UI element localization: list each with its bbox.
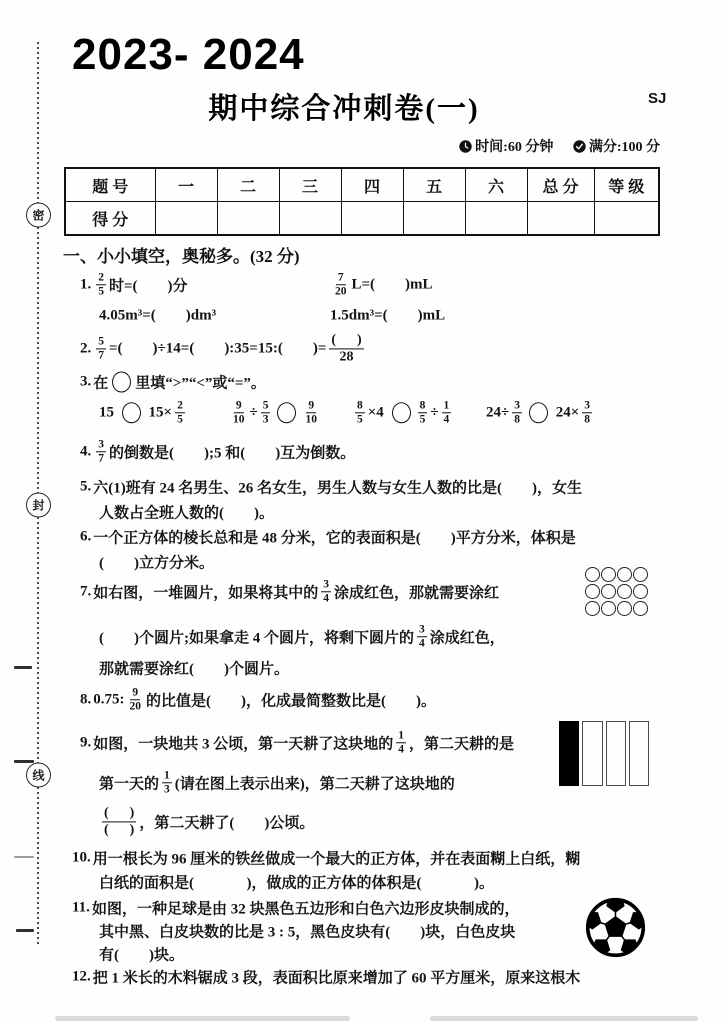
text-run: 涂成红色， — [430, 627, 505, 648]
scan-mark — [14, 666, 32, 669]
q4: 4.37的倒数是( );5 和( )互为倒数。 — [80, 438, 355, 465]
q9-line2: 第一天的13(请在图上表示出来)，第二天耕了这块地的 — [99, 769, 455, 796]
scan-artifact-bar — [430, 1016, 698, 1021]
q11-line1: 11.如图，一种足球是由 32 块黑色五边形和白色六边形皮块制成的， — [72, 898, 519, 919]
fraction-denominator: 5 — [175, 414, 185, 427]
fraction-numerator: 3 — [321, 578, 331, 592]
text-run: 24× — [552, 405, 579, 422]
fraction-numerator: 3 — [417, 623, 427, 637]
score-table-header-cell: 一 — [155, 168, 217, 202]
score-table-header-cell: 三 — [279, 168, 341, 202]
question-number: 10. — [72, 850, 93, 867]
fraction: 53 — [261, 399, 271, 426]
seal-character-badge: 密 — [26, 203, 51, 228]
compare-circle — [122, 403, 141, 424]
compare-circle — [529, 403, 548, 424]
text-run: 里填“>”“<”或“=”。 — [135, 372, 266, 393]
fraction-numerator: 9 — [306, 399, 316, 413]
clock-icon — [459, 140, 472, 153]
time-label: 时间:60 分钟 — [475, 140, 553, 155]
fraction-numerator: 3 — [96, 438, 106, 452]
disc-grid-figure — [585, 567, 649, 618]
score-empty-cell — [465, 202, 527, 236]
text-run: (请在图上表示出来)，第二天耕了这块地的 — [175, 773, 455, 794]
soccer-ball-figure — [585, 897, 646, 958]
score-empty-cell — [403, 202, 465, 236]
text-run: ÷ — [250, 405, 258, 422]
fraction-numerator: 2 — [96, 271, 106, 285]
q1-line1-right: 720L=( )mL — [330, 271, 433, 298]
score-row-label: 得 分 — [65, 202, 155, 236]
q12: 12.把 1 米长的木料锯成 3 段，表面积比原来增加了 60 平方厘米，原来这… — [72, 967, 580, 988]
section-1-heading: 一、小小填空，奥秘多。(32 分) — [63, 242, 300, 267]
fraction-numerator: 3 — [582, 399, 592, 413]
fraction-numerator: 3 — [512, 399, 522, 413]
disc-circle — [585, 601, 600, 616]
score-table-header-cell: 总 分 — [527, 168, 594, 202]
fraction-denominator: 3 — [162, 784, 172, 797]
question-number: 7. — [80, 584, 93, 601]
plot-cell-empty — [582, 721, 602, 786]
compare-circle — [112, 372, 131, 393]
disc-circle — [617, 567, 632, 582]
q11-line3: 有( )块。 — [99, 944, 184, 965]
fraction-numerator: 5 — [96, 335, 106, 349]
text-run: 其中黑、白皮块数的比是 3 : 5，黑色皮块有( )块，白色皮块 — [99, 921, 515, 942]
q3-group1: 15 15×25 — [99, 399, 188, 426]
q7-line1: 7.如右图，一堆圆片，如果将其中的34涂成红色，那就需要涂红 — [80, 578, 499, 605]
fraction: 720 — [333, 271, 349, 298]
score-table: 题 号一二三四五六总 分等 级得 分 — [64, 167, 660, 236]
disc-circle — [585, 584, 600, 599]
fraction: 910 — [231, 399, 247, 426]
score-table-header-cell: 等 级 — [594, 168, 659, 202]
compare-circle — [277, 403, 296, 424]
exam-paper-page: 密封线 2023- 2024 期中综合冲刺卷(一) SJ 时间:60 分钟 满分… — [0, 0, 724, 1024]
question-number: 12. — [72, 969, 93, 986]
fraction-numerator: 2 — [175, 399, 185, 413]
text-run: 时=( )分 — [109, 275, 188, 296]
fraction-denominator: 5 — [418, 414, 428, 427]
score-table-header-row: 题 号一二三四五六总 分等 级 — [65, 168, 659, 202]
q3-group4: 24÷38 24×38 — [486, 399, 595, 426]
q5-line2: 人数占全班人数的( )。 — [99, 502, 274, 523]
question-number: 11. — [72, 900, 92, 917]
q1-line2-left: 4.05m³=( )dm³ — [99, 308, 216, 325]
fraction: 38 — [512, 399, 522, 426]
fraction: 14 — [442, 399, 452, 426]
scan-artifact-bar — [55, 1016, 350, 1021]
fraction-denominator: 7 — [96, 453, 106, 466]
fraction-denominator: 4 — [442, 414, 452, 427]
disc-circle — [633, 584, 648, 599]
disc-circle — [617, 601, 632, 616]
text-run: 如图，一种足球是由 32 块黑色五边形和白色六边形皮块制成的， — [92, 898, 520, 919]
text-run: 15 — [99, 405, 118, 422]
text-run: 第一天的 — [99, 773, 159, 794]
fraction: 38 — [582, 399, 592, 426]
text-run: ×4 — [368, 405, 388, 422]
disc-circle — [633, 601, 648, 616]
text-run: 4.05m³=( )dm³ — [99, 308, 216, 325]
fraction-denominator: 10 — [231, 414, 247, 427]
score-info: 满分:100 分 — [573, 140, 660, 155]
text-run: ( )立方分米。 — [99, 552, 214, 573]
fraction: 37 — [96, 438, 106, 465]
q1-line2-right: 1.5dm³=( )mL — [330, 308, 445, 325]
score-table-header-cell: 五 — [403, 168, 465, 202]
score-empty-cell — [527, 202, 594, 236]
seal-character-badge: 线 — [26, 763, 51, 788]
text-run: 如右图，一堆圆片，如果将其中的 — [93, 582, 318, 603]
q3-line1: 3.在里填“>”“<”或“=”。 — [80, 372, 266, 393]
fraction: 25 — [175, 399, 185, 426]
fraction: 85 — [355, 399, 365, 426]
plot-cell-filled — [559, 721, 579, 786]
fraction-numerator: ( ) — [102, 805, 136, 822]
disc-circle — [601, 567, 616, 582]
fraction-numerator: ( ) — [329, 332, 363, 349]
scan-mark — [14, 760, 34, 763]
text-run: ÷ — [430, 405, 438, 422]
q1-line1-left: 1.25时=( )分 — [80, 271, 188, 298]
fraction: 910 — [303, 399, 319, 426]
fraction-denominator: ( ) — [102, 823, 136, 839]
fraction-denominator: 4 — [396, 744, 406, 757]
fraction: 920 — [128, 686, 144, 713]
fraction: 34 — [417, 623, 427, 650]
text-run: L=( )mL — [352, 277, 433, 294]
fraction-denominator: 20 — [333, 286, 349, 299]
fraction-denominator: 5 — [355, 414, 365, 427]
fraction-numerator: 1 — [396, 729, 406, 743]
text-run: 的比值是( )，化成最简整数比是( )。 — [146, 690, 436, 711]
q3-group3: 85×4 85÷14 — [352, 399, 454, 426]
score-empty-cell — [155, 202, 217, 236]
text-run: ( )个圆片;如果拿走 4 个圆片，将剩下圆片的 — [99, 627, 414, 648]
q7-line3: 那就需要涂红( )个圆片。 — [99, 658, 289, 679]
q9-line3: ( )( )，第二天耕了( )公顷。 — [99, 805, 314, 838]
q7-line2: ( )个圆片;如果拿走 4 个圆片，将剩下圆片的34涂成红色， — [99, 623, 505, 650]
score-table-header-cell: 四 — [341, 168, 403, 202]
q10-line2: 白纸的面积是( )，做成的正方体的体积是( )。 — [99, 872, 494, 893]
question-number: 2. — [80, 341, 93, 358]
text-run: ，第二天耕的是 — [409, 733, 514, 754]
disc-circle — [617, 584, 632, 599]
fraction-numerator: 1 — [442, 399, 452, 413]
score-table-header-cell: 二 — [217, 168, 279, 202]
question-number: 8. — [80, 692, 93, 709]
fraction-denominator: 20 — [128, 701, 144, 714]
time-info: 时间:60 分钟 — [459, 140, 553, 155]
fraction-denominator: 3 — [261, 414, 271, 427]
fraction-denominator: 8 — [512, 414, 522, 427]
edition-label: SJ — [648, 90, 666, 107]
score-table-header-cell: 六 — [465, 168, 527, 202]
text-run: 把 1 米长的木料锯成 3 段，表面积比原来增加了 60 平方厘米，原来这根木 — [93, 967, 581, 988]
fraction-denominator: 7 — [96, 350, 106, 363]
fraction: 13 — [162, 769, 172, 796]
q10-line1: 10.用一根长为 96 厘米的铁丝做成一个最大的正方体，并在表面糊上白纸，糊 — [72, 848, 580, 869]
text-run: =( )÷14=( ):35=15:( )= — [109, 341, 326, 358]
question-number: 1. — [80, 277, 93, 294]
disc-circle — [601, 584, 616, 599]
text-run: 那就需要涂红( )个圆片。 — [99, 658, 289, 679]
q2: 2.57=( )÷14=( ):35=15:( )=( )28 — [80, 332, 367, 365]
q9-line1: 9.如图，一块地共 3 公顷，第一天耕了这块地的14，第二天耕的是 — [80, 729, 514, 756]
full-score-label: 满分:100 分 — [589, 140, 660, 155]
q11-line2: 其中黑、白皮块数的比是 3 : 5，黑色皮块有( )块，白色皮块 — [99, 921, 515, 942]
fraction-denominator: 4 — [417, 638, 427, 651]
fraction: ( )( ) — [102, 805, 136, 838]
land-plot-figure — [559, 721, 649, 786]
score-table-score-row: 得 分 — [65, 202, 659, 236]
fraction: 34 — [321, 578, 331, 605]
disc-circle — [601, 601, 616, 616]
score-empty-cell — [594, 202, 659, 236]
fraction-numerator: 8 — [355, 399, 365, 413]
scan-mark — [14, 856, 34, 858]
score-empty-cell — [217, 202, 279, 236]
disc-circle — [585, 567, 600, 582]
q8: 8.0.75:920的比值是( )，化成最简整数比是( )。 — [80, 686, 436, 713]
score-empty-cell — [341, 202, 403, 236]
text-run: 涂成红色，那就需要涂红 — [334, 582, 499, 603]
score-empty-cell — [279, 202, 341, 236]
q6-line2: ( )立方分米。 — [99, 552, 214, 573]
fraction-numerator: 5 — [261, 399, 271, 413]
seal-character-badge: 封 — [26, 493, 51, 518]
text-run: 如图，一块地共 3 公顷，第一天耕了这块地的 — [93, 733, 393, 754]
fraction-denominator: 28 — [338, 350, 356, 366]
text-run: 24÷ — [486, 405, 509, 422]
check-icon — [573, 140, 586, 153]
fraction: 85 — [418, 399, 428, 426]
text-run: 在 — [93, 372, 108, 393]
q5-line1: 5.六(1)班有 24 名男生、26 名女生，男生人数与女生人数的比是( )，女… — [80, 477, 582, 498]
question-number: 9. — [80, 735, 93, 752]
q6-line1: 6.一个正方体的棱长总和是 48 分米，它的表面积是( )平方分米，体积是 — [80, 527, 576, 548]
q3-group2: 910÷53910 — [228, 399, 322, 426]
text-run: 白纸的面积是( )，做成的正方体的体积是( )。 — [99, 872, 494, 893]
disc-circle — [633, 567, 648, 582]
question-number: 4. — [80, 444, 93, 461]
score-table-header-cell: 题 号 — [65, 168, 155, 202]
fraction-denominator: 8 — [582, 414, 592, 427]
text-run: 有( )块。 — [99, 944, 184, 965]
text-run: 0.75: — [93, 692, 124, 709]
question-number: 5. — [80, 479, 93, 496]
fraction-denominator: 10 — [303, 414, 319, 427]
text-run: 的倒数是( );5 和( )互为倒数。 — [109, 442, 355, 463]
fraction-numerator: 9 — [234, 399, 244, 413]
fraction: 14 — [396, 729, 406, 756]
question-number: 6. — [80, 529, 93, 546]
fraction-numerator: 7 — [336, 271, 346, 285]
fraction: 57 — [96, 335, 106, 362]
text-run: 15× — [145, 405, 172, 422]
text-run: 六(1)班有 24 名男生、26 名女生，男生人数与女生人数的比是( )，女生 — [93, 477, 582, 498]
plot-cell-empty — [629, 721, 649, 786]
fraction-denominator: 4 — [321, 593, 331, 606]
text-run: 人数占全班人数的( )。 — [99, 502, 274, 523]
fraction-numerator: 1 — [162, 769, 172, 783]
text-run: ，第二天耕了( )公顷。 — [139, 812, 314, 833]
plot-cell-empty — [606, 721, 626, 786]
exam-info-line: 时间:60 分钟 满分:100 分 — [64, 136, 660, 156]
scan-mark — [16, 929, 34, 932]
fraction: ( )28 — [329, 332, 363, 365]
fraction-denominator: 5 — [96, 286, 106, 299]
fraction-numerator: 9 — [130, 686, 140, 700]
fraction-numerator: 8 — [418, 399, 428, 413]
text-run: 1.5dm³=( )mL — [330, 308, 445, 325]
paper-title: 期中综合冲刺卷(一) — [64, 86, 624, 127]
text-run: 用一根长为 96 厘米的铁丝做成一个最大的正方体，并在表面糊上白纸，糊 — [93, 848, 581, 869]
fraction: 25 — [96, 271, 106, 298]
compare-circle — [392, 403, 411, 424]
school-year-label: 2023- 2024 — [72, 30, 305, 80]
text-run: 一个正方体的棱长总和是 48 分米，它的表面积是( )平方分米，体积是 — [93, 527, 576, 548]
question-number: 3. — [80, 374, 93, 391]
